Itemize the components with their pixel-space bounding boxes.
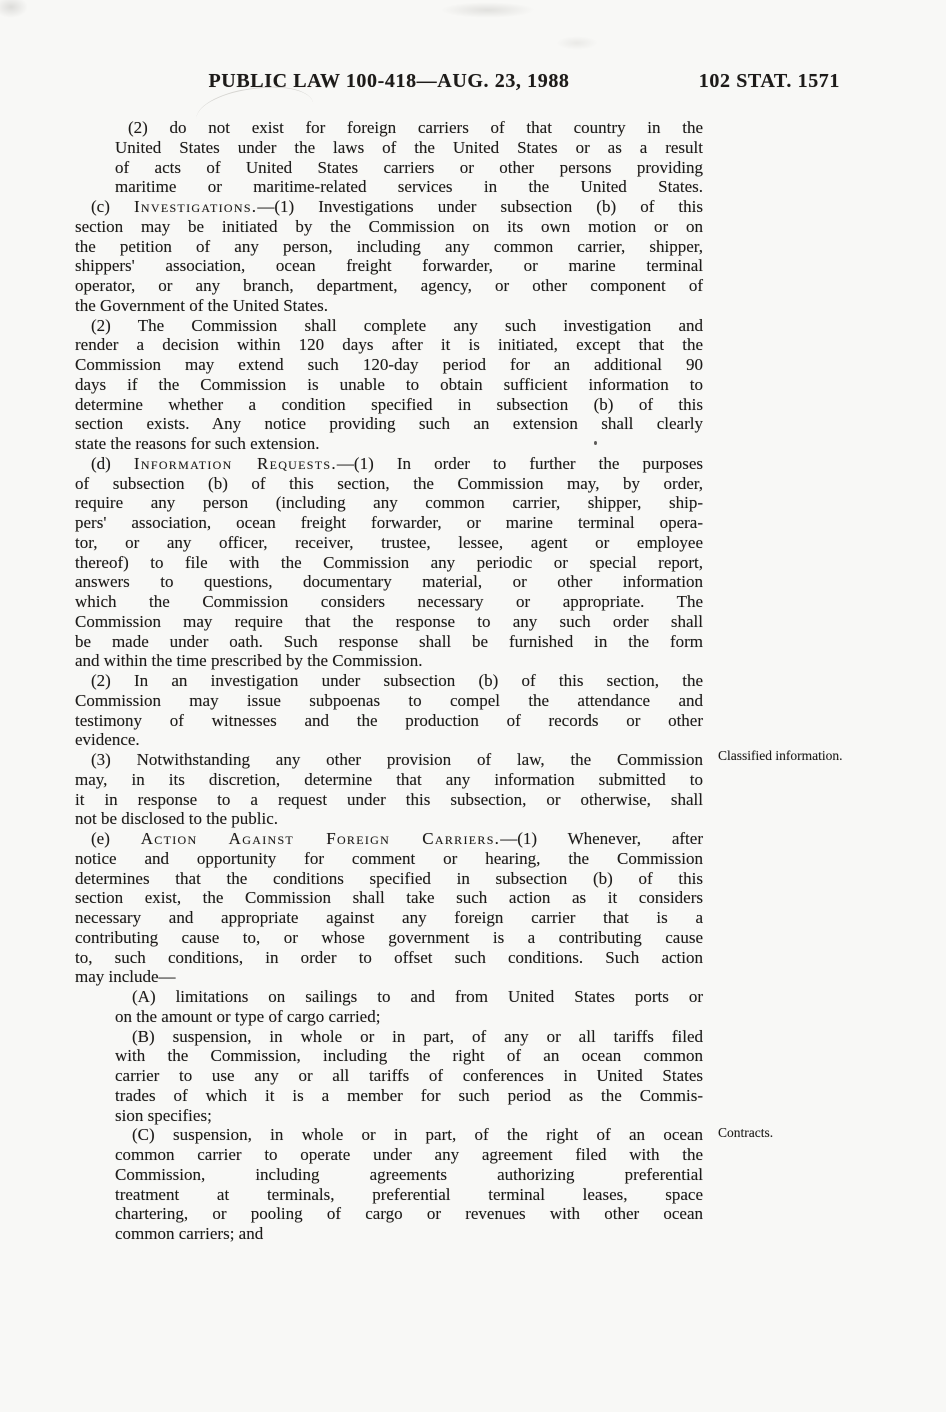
text-line: not be disclosed to the public. — [75, 809, 703, 829]
text-line: may include— — [75, 967, 703, 987]
law-title: PUBLIC LAW 100-418—AUG. 23, 1988 — [75, 70, 703, 93]
text-line: pers' association, ocean freight forward… — [75, 513, 703, 533]
text-line: (e) Action Against Foreign Carriers.—(1)… — [75, 829, 703, 849]
text-line: (2) do not exist for foreign carriers of… — [115, 118, 703, 138]
text-line: answers to questions, documentary materi… — [75, 572, 703, 592]
small-caps-heading: Information Requests. — [134, 454, 337, 473]
paragraph: (c) Investigations.—(1) Investigations u… — [75, 197, 703, 316]
scan-smudge — [440, 2, 535, 18]
text-line: contributing cause to, or whose governme… — [75, 928, 703, 948]
text-segment: (c) — [91, 197, 134, 216]
text-line: to, such conditions, in order to offset … — [75, 948, 703, 968]
text-segment: (d) — [91, 454, 134, 473]
text-line: Commission, including agreements authori… — [115, 1165, 703, 1185]
text-line: section may be initiated by the Commissi… — [75, 217, 703, 237]
paragraph: (e) Action Against Foreign Carriers.—(1)… — [75, 829, 703, 987]
text-line: determines that the conditions specified… — [75, 869, 703, 889]
text-segment: —(1) Whenever, after — [500, 829, 703, 848]
text-line: with the Commission, including the right… — [115, 1046, 703, 1066]
text-line: tor, or any officer, receiver, trustee, … — [75, 533, 703, 553]
text-line: which the Commission considers necessary… — [75, 592, 703, 612]
text-line: shippers' association, ocean freight for… — [75, 256, 703, 276]
paragraph: (A) limitations on sailings to and from … — [75, 987, 703, 1027]
text-line: may, in its discretion, determine that a… — [75, 770, 703, 790]
scan-smudge — [556, 36, 598, 50]
text-line: (A) limitations on sailings to and from … — [115, 987, 703, 1007]
text-line: maritime or maritime-related services in… — [115, 177, 703, 197]
text-line: (c) Investigations.—(1) Investigations u… — [75, 197, 703, 217]
text-line: treatment at terminals, preferential ter… — [115, 1185, 703, 1205]
text-line: (d) Information Requests.—(1) In order t… — [75, 454, 703, 474]
text-line: and within the time prescribed by the Co… — [75, 651, 703, 671]
text-line: (2) In an investigation under subsection… — [75, 671, 703, 691]
paragraph: (B) suspension, in whole or in part, of … — [75, 1027, 703, 1126]
text-line: common carrier to operate under any agre… — [115, 1145, 703, 1165]
paragraph: (2) The Commission shall complete any su… — [75, 316, 703, 454]
text-line: evidence. — [75, 730, 703, 750]
stat-page-number: 102 STAT. 1571 — [699, 70, 840, 93]
text-line: carrier to use any or all tariffs of con… — [115, 1066, 703, 1086]
margin-note-classified-information: Classified information. — [718, 747, 843, 764]
text-line: the petition of any person, including an… — [75, 237, 703, 257]
text-line: (2) The Commission shall complete any su… — [75, 316, 703, 336]
text-line: common carriers; and — [115, 1224, 703, 1244]
text-line: operator, or any branch, department, age… — [75, 276, 703, 296]
text-line: section exist, the Commission shall take… — [75, 888, 703, 908]
text-line: Commission may extend such 120-day perio… — [75, 355, 703, 375]
text-segment: (e) — [91, 829, 141, 848]
text-line: it in response to a request under this s… — [75, 790, 703, 810]
text-line: Commission may require that the response… — [75, 612, 703, 632]
text-line: require any person (including any common… — [75, 493, 703, 513]
text-line: render a decision within 120 days after … — [75, 335, 703, 355]
text-line: Commission may issue subpoenas to compel… — [75, 691, 703, 711]
paragraph: (C) suspension, in whole or in part, of … — [75, 1125, 703, 1244]
text-line: chartering, or pooling of cargo or reven… — [115, 1204, 703, 1224]
text-line: notice and opportunity for comment or he… — [75, 849, 703, 869]
text-line: (3) Notwithstanding any other provision … — [75, 750, 703, 770]
page-header: PUBLIC LAW 100-418—AUG. 23, 1988 102 STA… — [0, 70, 946, 96]
paragraph: (3) Notwithstanding any other provision … — [75, 750, 703, 829]
text-segment: —(1) In order to further the purposes — [337, 454, 703, 473]
paragraph: (2) do not exist for foreign carriers of… — [75, 118, 703, 197]
text-line: testimony of witnesses and the productio… — [75, 711, 703, 731]
text-line: section exists. Any notice providing suc… — [75, 414, 703, 434]
paragraph: (d) Information Requests.—(1) In order t… — [75, 454, 703, 671]
text-line: (B) suspension, in whole or in part, of … — [115, 1027, 703, 1047]
small-caps-heading: Action Against Foreign Carriers. — [141, 829, 500, 848]
text-line: sion specifies; — [115, 1106, 703, 1126]
scan-smudge — [0, 0, 28, 18]
paragraph: (2) In an investigation under subsection… — [75, 671, 703, 750]
text-line: determine whether a condition specified … — [75, 395, 703, 415]
text-line: (C) suspension, in whole or in part, of … — [115, 1125, 703, 1145]
text-line: of subsection (b) of this section, the C… — [75, 474, 703, 494]
text-line: thereof) to file with the Commission any… — [75, 553, 703, 573]
text-segment: —(1) Investigations under subsection (b)… — [257, 197, 703, 216]
text-line: state the reasons for such extension. — [75, 434, 703, 454]
text-line: days if the Commission is unable to obta… — [75, 375, 703, 395]
text-line: necessary and appropriate against any fo… — [75, 908, 703, 928]
margin-note-contracts: Contracts. — [718, 1124, 843, 1141]
text-line: the Government of the United States. — [75, 296, 703, 316]
small-caps-heading: Investigations. — [134, 197, 257, 216]
text-line: of acts of United States carriers or oth… — [115, 158, 703, 178]
document-page: PUBLIC LAW 100-418—AUG. 23, 1988 102 STA… — [0, 0, 946, 1412]
text-line: be made under oath. Such response shall … — [75, 632, 703, 652]
text-line: trades of which it is a member for such … — [115, 1086, 703, 1106]
text-line: on the amount or type of cargo carried; — [115, 1007, 703, 1027]
text-line: United States under the laws of the Unit… — [115, 138, 703, 158]
statute-text: (2) do not exist for foreign carriers of… — [75, 118, 703, 1244]
